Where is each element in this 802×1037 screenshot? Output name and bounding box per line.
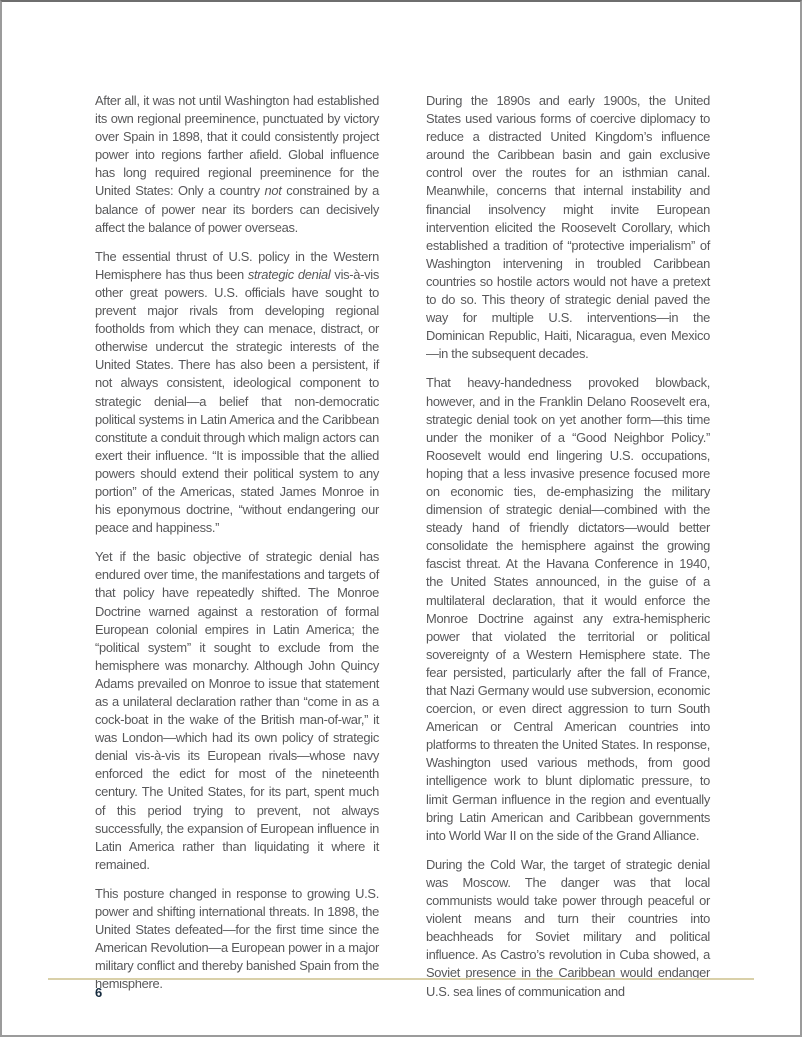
body-paragraph: That heavy-handedness provoked blowback,… bbox=[426, 374, 710, 844]
text-run: Yet if the basic objective of strategic … bbox=[95, 549, 379, 872]
italic-text: not bbox=[265, 183, 282, 198]
page-number: 6 bbox=[95, 985, 102, 1000]
body-paragraph: The essential thrust of U.S. policy in t… bbox=[95, 248, 379, 538]
body-columns: After all, it was not until Washington h… bbox=[95, 92, 710, 1012]
text-run: This posture changed in response to grow… bbox=[95, 886, 379, 991]
text-run: During the 1890s and early 1900s, the Un… bbox=[426, 93, 710, 361]
footer-rule bbox=[48, 978, 754, 980]
report-page: After all, it was not until Washington h… bbox=[0, 0, 802, 1037]
italic-text: strategic denial bbox=[248, 267, 331, 282]
body-paragraph: Yet if the basic objective of strategic … bbox=[95, 548, 379, 874]
text-run: vis-à-vis other great powers. U.S. offic… bbox=[95, 267, 379, 535]
body-paragraph: After all, it was not until Washington h… bbox=[95, 92, 379, 237]
column-left: After all, it was not until Washington h… bbox=[95, 92, 379, 1012]
text-run: That heavy-handedness provoked blowback,… bbox=[426, 375, 710, 842]
column-right: During the 1890s and early 1900s, the Un… bbox=[426, 92, 710, 1012]
body-paragraph: During the 1890s and early 1900s, the Un… bbox=[426, 92, 710, 363]
